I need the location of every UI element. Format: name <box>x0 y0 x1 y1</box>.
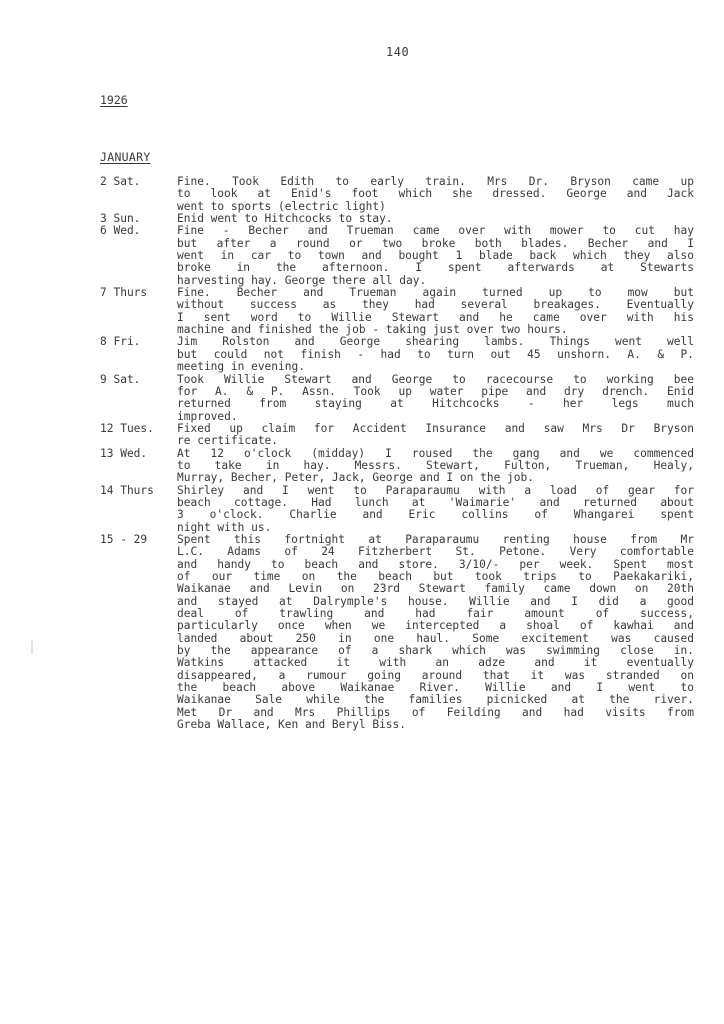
entry-text-line: Watkins attacked it with an adze and it … <box>177 657 694 669</box>
entry-text-line: broke in the afternoon. I spent afterwar… <box>177 262 694 274</box>
diary-entries: 2 Sat.Fine. Took Edith to early train. M… <box>100 176 694 731</box>
entry-text: Jim Rolston and George shearing lambs. T… <box>177 336 694 373</box>
entry-text: Fixed up claim for Accident Insurance an… <box>177 423 694 448</box>
entry-text-line: Jim Rolston and George shearing lambs. T… <box>177 336 694 348</box>
entry-text-line: to look at Enid's foot which she dressed… <box>177 188 694 200</box>
entry-text: Shirley and I went to Paraparaumu with a… <box>177 485 694 534</box>
diary-entry: 8 Fri.Jim Rolston and George shearing la… <box>100 336 694 373</box>
entry-date: 2 Sat. <box>100 176 177 188</box>
entry-date: 12 Tues. <box>100 423 177 435</box>
diary-entry: 2 Sat.Fine. Took Edith to early train. M… <box>100 176 694 213</box>
diary-entry: 15 - 29Spent this fortnight at Paraparau… <box>100 534 694 732</box>
entry-date: 15 - 29 <box>100 534 177 546</box>
diary-entry: 7 ThursFine. Becher and Trueman again tu… <box>100 287 694 336</box>
entry-text-line: Waikanae Sale while the families picnick… <box>177 694 694 706</box>
diary-entry: 14 ThursShirley and I went to Paraparaum… <box>100 485 694 534</box>
page-number: 140 <box>386 45 409 59</box>
entry-date: 14 Thurs <box>100 485 177 497</box>
diary-entry: 6 Wed.Fine - Becher and Trueman came ove… <box>100 225 694 287</box>
entry-text-line: without success as they had several brea… <box>177 299 694 311</box>
diary-entry: 12 Tues.Fixed up claim for Accident Insu… <box>100 423 694 448</box>
diary-entry: 13 Wed.At 12 o'clock (midday) I roused t… <box>100 448 694 485</box>
entry-text-line: L.C. Adams of 24 Fitzherbert St. Petone.… <box>177 546 694 558</box>
scan-margin-mark <box>31 640 33 654</box>
entry-text-line: 3 o'clock. Charlie and Eric collins of W… <box>177 509 694 521</box>
entry-text-line: re certificate. <box>177 435 694 447</box>
entry-text-line: Waikanae and Levin on 23rd Stewart famil… <box>177 583 694 595</box>
entry-text-line: Murray, Becher, Peter, Jack, George and … <box>177 472 694 484</box>
entry-text-line: Fine - Becher and Trueman came over with… <box>177 225 694 237</box>
entry-text-line: returned from staying at Hitchcocks - he… <box>177 398 694 410</box>
entry-text-line: Greba Wallace, Ken and Beryl Biss. <box>177 719 694 731</box>
entry-date: 6 Wed. <box>100 225 177 237</box>
entry-text: At 12 o'clock (midday) I roused the gang… <box>177 448 694 485</box>
entry-date: 8 Fri. <box>100 336 177 348</box>
entry-text-line: Took Willie Stewart and George to raceco… <box>177 374 694 386</box>
entry-text: Spent this fortnight at Paraparaumu rent… <box>177 534 694 732</box>
entry-text-line: meeting in evening. <box>177 361 694 373</box>
year-heading: 1926 <box>100 93 128 107</box>
entry-text: Fine. Took Edith to early train. Mrs Dr.… <box>177 176 694 213</box>
entry-text: Fine - Becher and Trueman came over with… <box>177 225 694 287</box>
entry-text: Fine. Becher and Trueman again turned up… <box>177 287 694 336</box>
entry-text-line: particularly once when we intercepted a … <box>177 620 694 632</box>
diary-entry: 9 Sat.Took Willie Stewart and George to … <box>100 374 694 423</box>
entry-date: 7 Thurs <box>100 287 177 299</box>
entry-text: Took Willie Stewart and George to raceco… <box>177 374 694 423</box>
month-heading: JANUARY <box>100 150 151 164</box>
entry-date: 13 Wed. <box>100 448 177 460</box>
entry-date: 9 Sat. <box>100 374 177 386</box>
